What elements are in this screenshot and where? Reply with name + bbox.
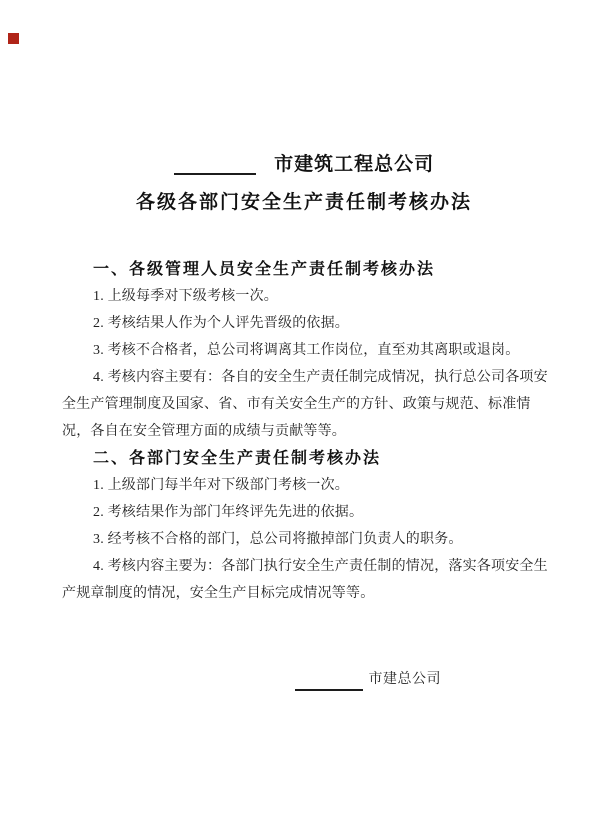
section-1-item-2: 2. 考核结果人作为个人评先晋级的依据。	[62, 310, 550, 337]
red-marker	[8, 33, 19, 44]
signature-block: 市建总公司	[0, 669, 590, 691]
section-1-item-4: 4. 考核内容主要有：各自的安全生产责任制完成情况，执行总公司各项安 全生产管理…	[62, 364, 550, 445]
document-title-block: 市建筑工程总公司 各级各部门安全生产责任制考核办法	[0, 0, 590, 222]
section-1-item-3: 3. 考核不合格者，总公司将调离其工作岗位，直至劝其离职或退岗。	[62, 337, 550, 364]
document-subtitle: 各级各部门安全生产责任制考核办法	[18, 184, 590, 222]
section-2-item-2: 2. 考核结果作为部门年终评先先进的依据。	[62, 499, 550, 526]
document-page: 市建筑工程总公司 各级各部门安全生产责任制考核办法 一、各级管理人员安全生产责任…	[0, 0, 590, 835]
title-line-company: 市建筑工程总公司	[18, 146, 590, 184]
section-2-item-4: 4. 考核内容主要为：各部门执行安全生产责任制的情况，落实各项安全生 产规章制度…	[62, 553, 550, 607]
section-2-item-3: 3. 经考核不合格的部门，总公司将撤掉部门负责人的职务。	[62, 526, 550, 553]
section-1-heading: 一、各级管理人员安全生产责任制考核办法	[62, 256, 550, 283]
title-blank-underline	[174, 173, 256, 175]
company-name: 市建筑工程总公司	[274, 154, 434, 175]
section-1-item-1: 1. 上级每季对下级考核一次。	[62, 283, 550, 310]
section-2-heading: 二、各部门安全生产责任制考核办法	[62, 445, 550, 472]
signature-blank-underline	[295, 689, 363, 691]
section-2-item-1: 1. 上级部门每半年对下级部门考核一次。	[62, 472, 550, 499]
signature-company: 市建总公司	[369, 672, 442, 687]
document-body: 一、各级管理人员安全生产责任制考核办法 1. 上级每季对下级考核一次。 2. 考…	[0, 256, 590, 607]
